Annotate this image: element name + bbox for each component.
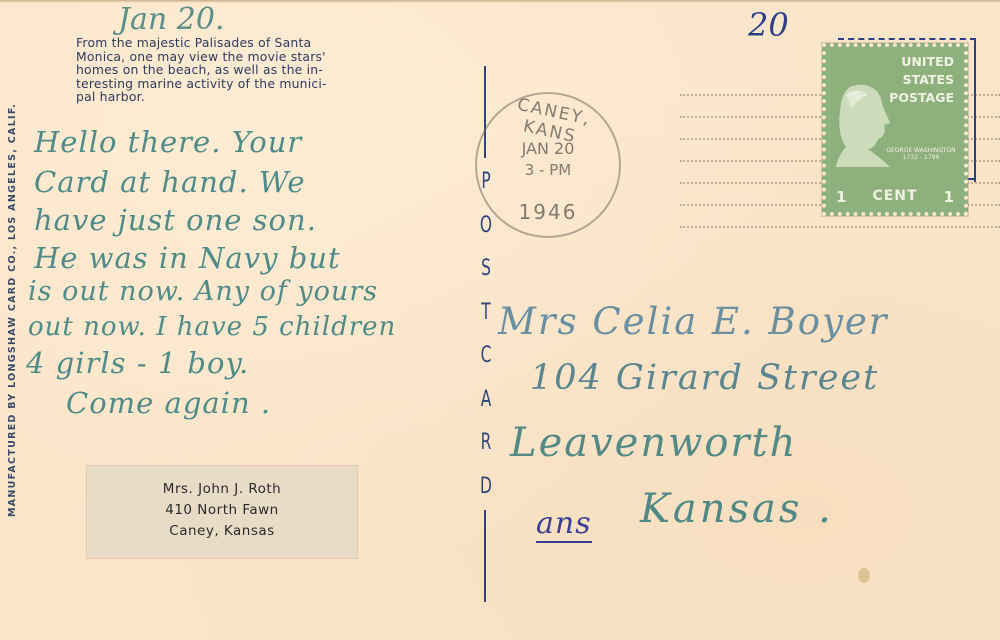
message-line: Come again . xyxy=(66,386,271,420)
answered-annotation: ans xyxy=(536,506,592,543)
postcard-back: MANUFACTURED BY LONGSHAW CARD CO., LOS A… xyxy=(0,0,1000,640)
recipient-state: Kansas . xyxy=(640,486,834,532)
postmark: CANEY, KANS JAN 20 3 - PM 1946 xyxy=(475,92,621,238)
washington-portrait-icon xyxy=(832,81,894,169)
caption-line: pal harbor. xyxy=(76,90,436,104)
message-line: Card at hand. We xyxy=(34,165,306,199)
handwritten-number: 20 xyxy=(748,6,789,44)
postmark-date: JAN 20 xyxy=(477,139,619,158)
postage-stamp: UNITED STATES POSTAGE GEORGE WASHINGTON … xyxy=(822,43,968,216)
message-line: 4 girls - 1 boy. xyxy=(26,346,249,380)
paper-stain xyxy=(858,568,870,583)
caption-text: From the majestic Palisades of Santa Mon… xyxy=(76,36,436,104)
divider-line xyxy=(484,510,486,602)
recipient-city: Leavenworth xyxy=(510,420,797,466)
return-address-label: Mrs. John J. Roth 410 North Fawn Caney, … xyxy=(87,466,357,558)
return-street: 410 North Fawn xyxy=(87,500,357,521)
manufacturer-imprint: MANUFACTURED BY LONGSHAW CARD CO., LOS A… xyxy=(3,60,23,560)
message-line: He was in Navy but xyxy=(34,241,341,275)
message-line: out now. I have 5 children xyxy=(28,312,396,342)
caption-line: From the majestic Palisades of Santa xyxy=(76,36,436,50)
stamp-portrait-caption: GEORGE WASHINGTON 1732 - 1799 xyxy=(886,147,956,161)
postmark-year: 1946 xyxy=(477,200,619,224)
stamp-denomination: 1 CENT 1 xyxy=(826,188,964,206)
stamp-title: UNITED STATES POSTAGE xyxy=(884,53,954,107)
message-line: have just one son. xyxy=(34,203,317,237)
caption-line: homes on the beach, as well as the in- xyxy=(76,63,436,77)
recipient-name: Mrs Celia E. Boyer xyxy=(498,300,889,343)
caption-line: teresting marine activity of the munici- xyxy=(76,77,436,91)
recipient-street: 104 Girard Street xyxy=(530,358,879,398)
return-city: Caney, Kansas xyxy=(87,521,357,542)
postmark-time: 3 - PM xyxy=(477,161,619,179)
return-name: Mrs. John J. Roth xyxy=(87,479,357,500)
message-line: is out now. Any of yours xyxy=(28,276,378,307)
message-line: Hello there. Your xyxy=(34,125,302,159)
caption-line: Monica, one may view the movie stars' xyxy=(76,50,436,64)
handwritten-date: Jan 20. xyxy=(118,2,224,37)
